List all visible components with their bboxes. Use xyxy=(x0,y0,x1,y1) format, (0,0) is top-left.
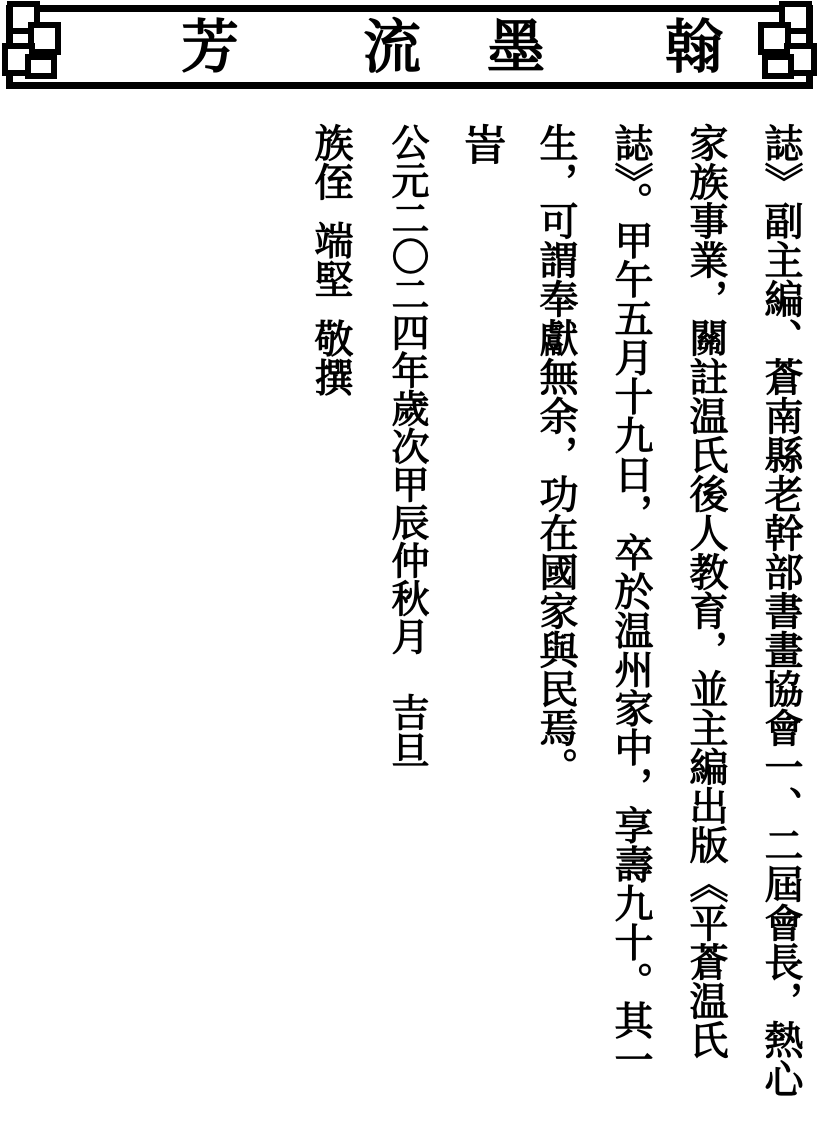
epitaph-column-1: 誌》副主編、蒼南縣老幹部書畫協會一、二屆會長，熱心 xyxy=(743,123,818,1147)
time-marker: 峕 xyxy=(443,123,518,1147)
banner-frame-ornament xyxy=(0,0,819,100)
epitaph-column-4: 生，可謂奉獻無余，功在國家與民焉。 xyxy=(518,123,593,1147)
epitaph-column-3: 誌》。甲午五月十九日，卒於温州家中，享壽九十。其一 xyxy=(593,123,668,1147)
epitaph-column-2: 家族事業，關註温氏後人教育，並主編出版《平蒼温氏 xyxy=(668,123,743,1147)
date-line: 公元二〇二四年歲次甲辰仲秋月 吉旦 xyxy=(368,123,443,1147)
title-banner: 芳 流 墨 翰 xyxy=(0,0,819,105)
banner-border xyxy=(10,9,810,86)
signature-line: 族侄 端堅 敬撰 xyxy=(293,123,368,1147)
epitaph-text-block: 誌》副主編、蒼南縣老幹部書畫協會一、二屆會長，熱心 家族事業，關註温氏後人教育，… xyxy=(293,123,818,1147)
epitaph-page: 芳 流 墨 翰 誌》副主編、蒼南縣老幹部書畫協會一、二屆會長，熱心 家族事業，關… xyxy=(0,0,819,1147)
